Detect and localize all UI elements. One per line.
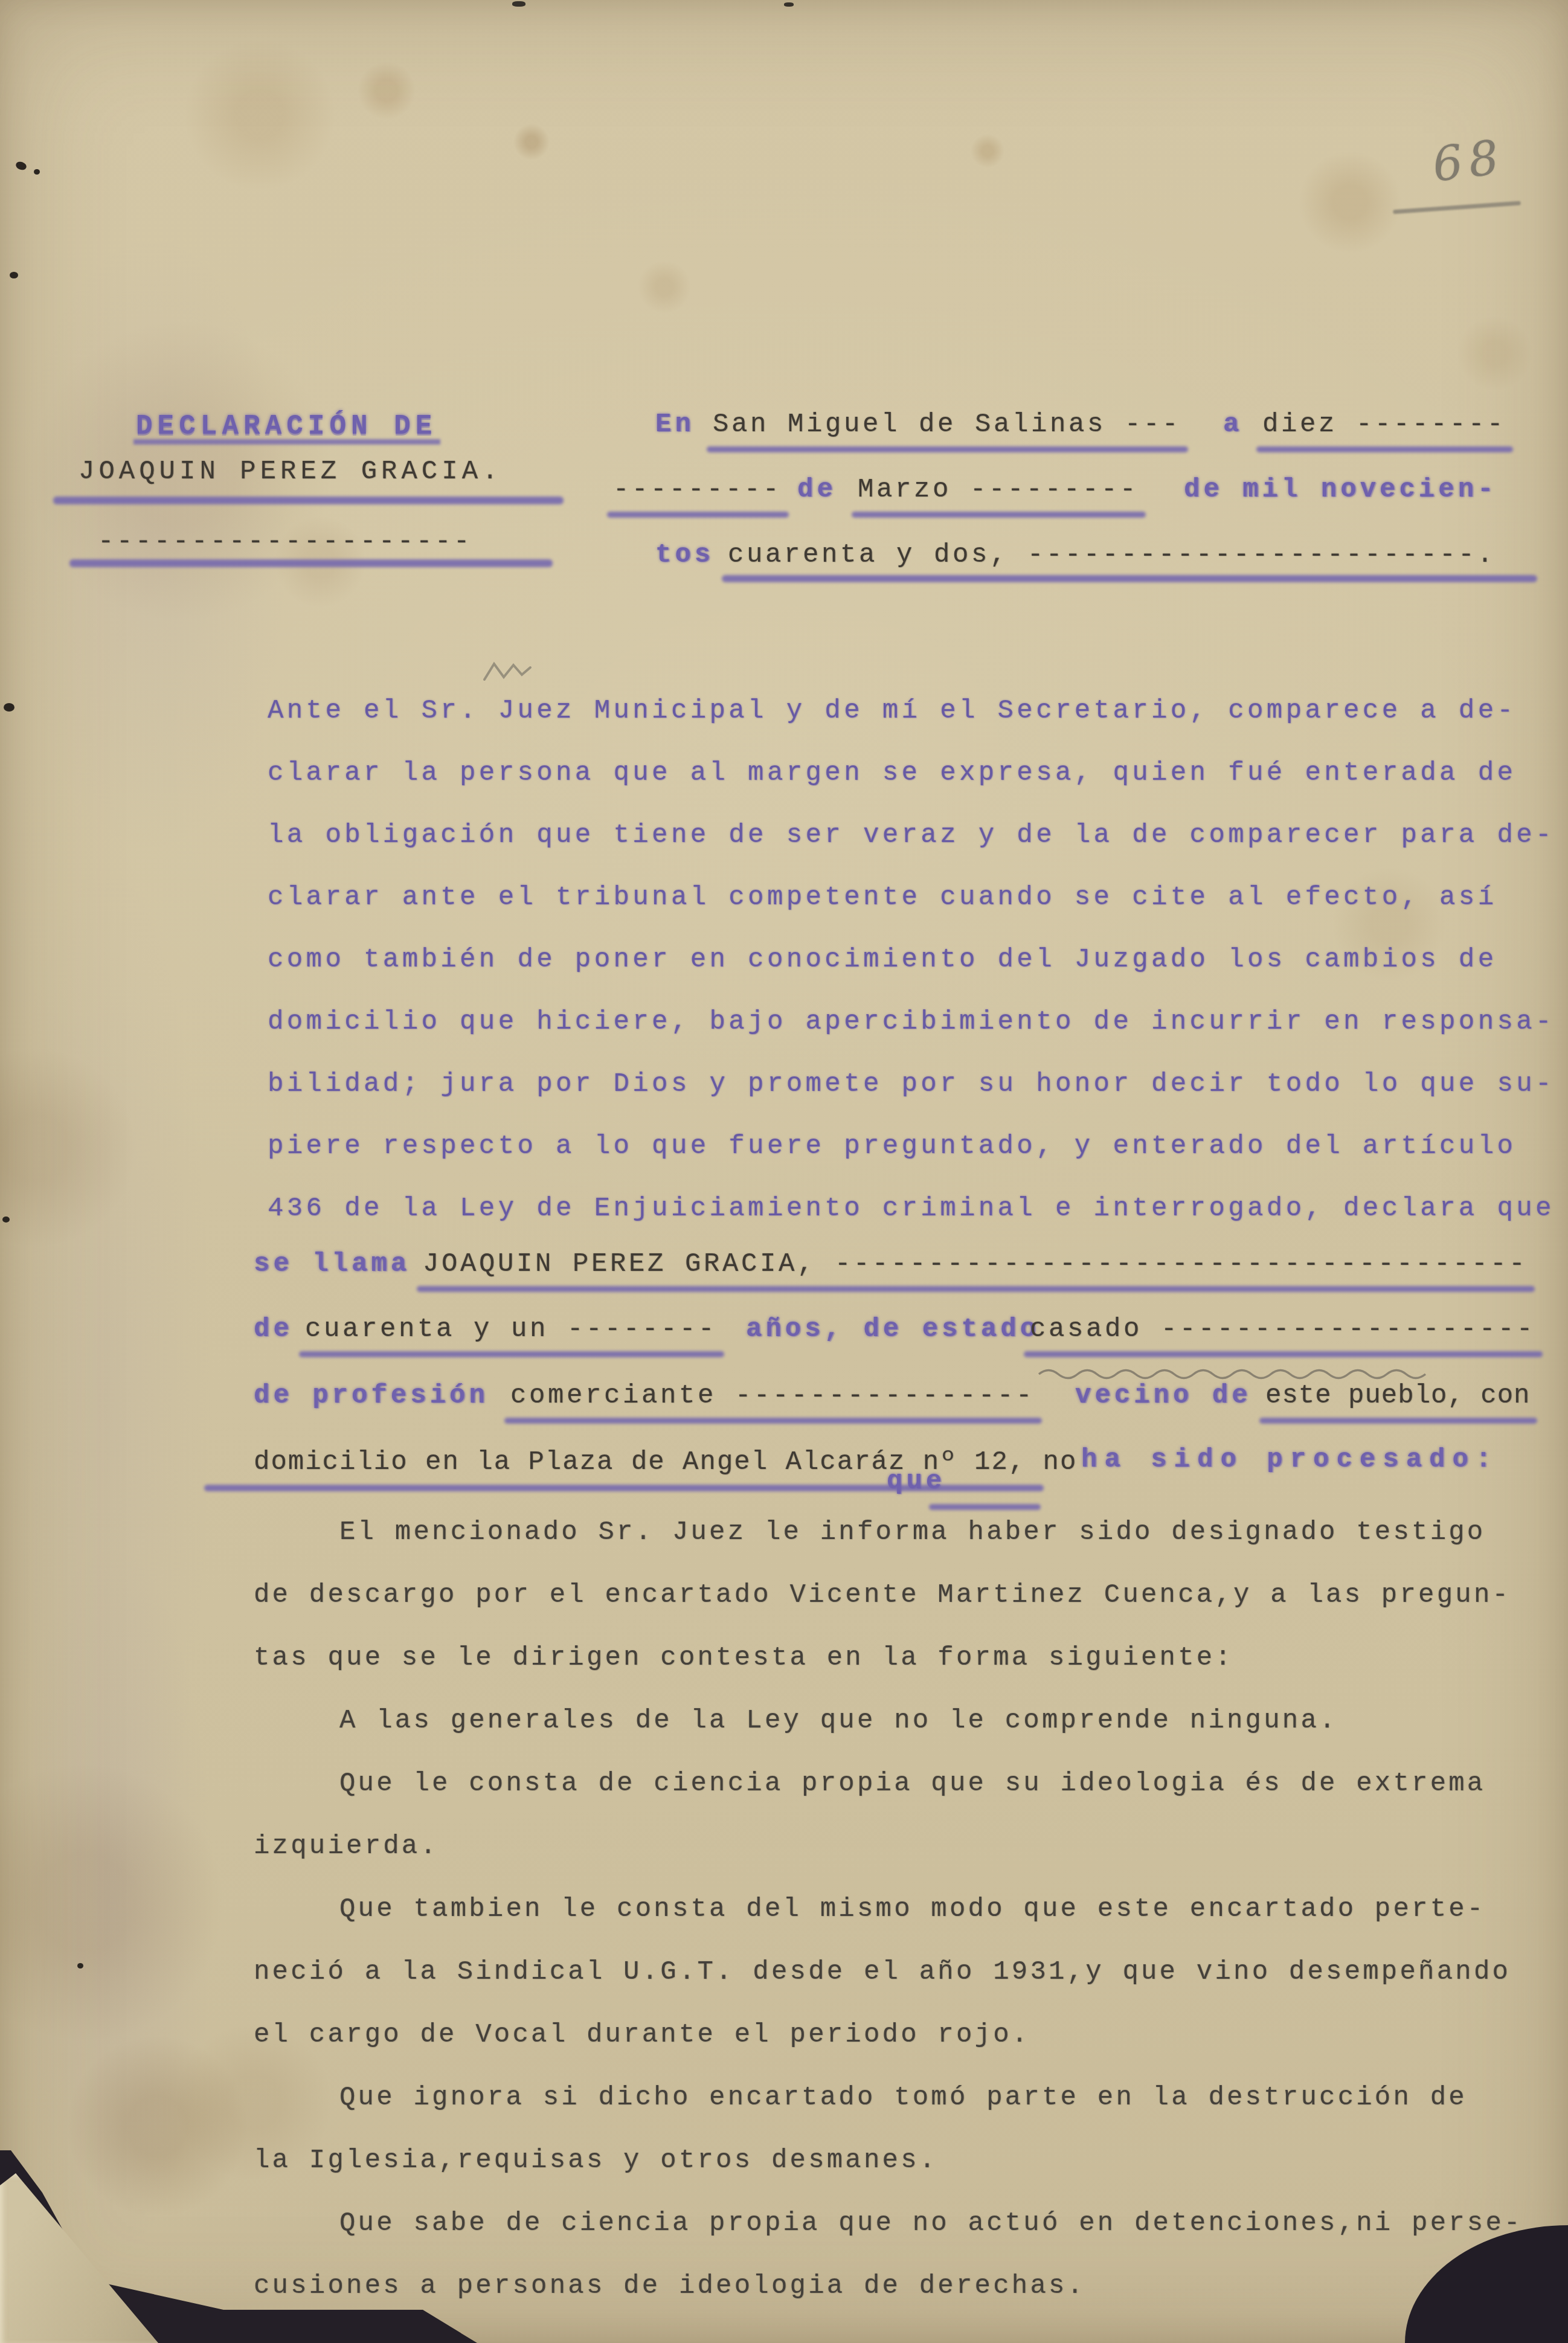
declarant-profesion: comerciante ----------------	[510, 1381, 1035, 1416]
body-line: tas que se le dirigen contesta en la for…	[254, 1643, 1558, 1706]
margin-rule-top	[53, 497, 564, 504]
label-vecino-de: vecino de	[1075, 1381, 1252, 1416]
edge-mark	[512, 1, 525, 7]
margin-rule-bottom	[69, 559, 553, 567]
body-line: Que sabe de ciencia propia que no actuó …	[254, 2208, 1568, 2271]
label-que: que	[887, 1467, 945, 1502]
preamble-line: clarar la persona que al margen se expre…	[268, 758, 1560, 820]
body-line: A las generales de la Ley que no le comp…	[254, 1706, 1568, 1769]
body-line: la Iglesia,requisas y otros desmanes.	[254, 2145, 1558, 2208]
body-line: cusiones a personas de ideologia de dere…	[254, 2271, 1558, 2334]
label-ha-sido-procesado: ha sido procesado:	[1081, 1445, 1499, 1480]
body-line: Que le consta de ciencia propia que su i…	[254, 1769, 1568, 1831]
dateline-tos: tos	[655, 540, 714, 575]
dateline-year-underline	[722, 575, 1537, 582]
paper-hole	[34, 169, 40, 175]
body-line: neció a la Sindical U.G.T. desde el año …	[254, 1957, 1558, 2020]
margin-title: DECLARACIÓN DE	[136, 411, 437, 442]
preamble-line: piere respecto a lo que fuere preguntado…	[268, 1131, 1560, 1194]
preamble-line: bilidad; jura por Dios y promete por su …	[268, 1069, 1560, 1131]
dateline-de-mil: de mil novecien-	[1184, 475, 1497, 510]
dateline-day: diez --------	[1262, 410, 1506, 445]
scanned-declaration-page: 68 DECLARACIÓN DE JOAQUIN PEREZ GRACIA. …	[0, 0, 1568, 2343]
declarant-vecindad: este pueblo, con	[1265, 1381, 1530, 1416]
label-anos-de-estado: años, de estado	[746, 1314, 1039, 1349]
body-line: Que ignora si dicho encartado tomó parte…	[254, 2083, 1568, 2145]
preamble-line: domicilio que hiciere, bajo apercibimien…	[268, 1007, 1560, 1069]
page-number-underline	[1393, 201, 1521, 214]
paper-speck	[77, 1963, 83, 1969]
dateline-month: Marzo ---------	[858, 475, 1139, 510]
body-line: El mencionado Sr. Juez le informa haber …	[254, 1517, 1568, 1580]
declarant-domicilio: domicilio en la Plaza de Angel Alcaráz n…	[254, 1447, 1077, 1482]
dateline-a: a	[1223, 410, 1242, 445]
label-se-llama: se llama	[254, 1249, 410, 1284]
label-de: de	[254, 1314, 293, 1349]
preamble-line: la obligación que tiene de ser veraz y d…	[268, 820, 1560, 882]
declarant-estado: casado --------------------	[1030, 1314, 1535, 1349]
body-line: de descargo por el encartado Vicente Mar…	[254, 1580, 1558, 1643]
label-de-profesion: de profesión	[254, 1381, 489, 1416]
preamble-line: 436 de la Ley de Enjuiciamiento criminal…	[268, 1194, 1560, 1256]
paper-hole	[4, 703, 14, 712]
wavy-pencil-line	[1039, 1366, 1425, 1382]
paper-hole	[10, 272, 18, 278]
dateline-dashes: ---------	[613, 475, 782, 510]
body-line: el cargo de Vocal durante el periodo roj…	[254, 2020, 1558, 2083]
pencil-squiggle	[483, 661, 538, 683]
margin-dashes: --------------------	[98, 527, 472, 562]
que-underline	[929, 1504, 1041, 1510]
paper-hole	[14, 160, 27, 171]
paper-hole	[2, 1216, 10, 1223]
body-line: Que tambien le consta del mismo modo que…	[254, 1894, 1568, 1957]
body-line: izquierda.	[254, 1831, 1558, 1894]
dateline-year: cuarenta y dos, ------------------------…	[728, 540, 1496, 575]
preamble-line: clarar ante el tribunal competente cuand…	[268, 882, 1560, 945]
declarant-name: JOAQUIN PEREZ GRACIA, ------------------…	[423, 1249, 1528, 1284]
preamble-line: Ante el Sr. Juez Municipal y de mí el Se…	[268, 696, 1560, 758]
dateline-place: San Miguel de Salinas ---	[713, 410, 1181, 445]
dateline-en: En	[655, 410, 695, 445]
preamble-line: como también de poner en conocimiento de…	[268, 945, 1560, 1007]
declarant-age: cuarenta y un --------	[305, 1314, 717, 1349]
dateline-de: de	[797, 475, 837, 510]
edge-mark	[784, 2, 794, 7]
margin-declarant-name: JOAQUIN PEREZ GRACIA.	[79, 457, 503, 492]
page-number: 68	[1430, 130, 1508, 193]
folded-corner	[0, 2173, 158, 2343]
